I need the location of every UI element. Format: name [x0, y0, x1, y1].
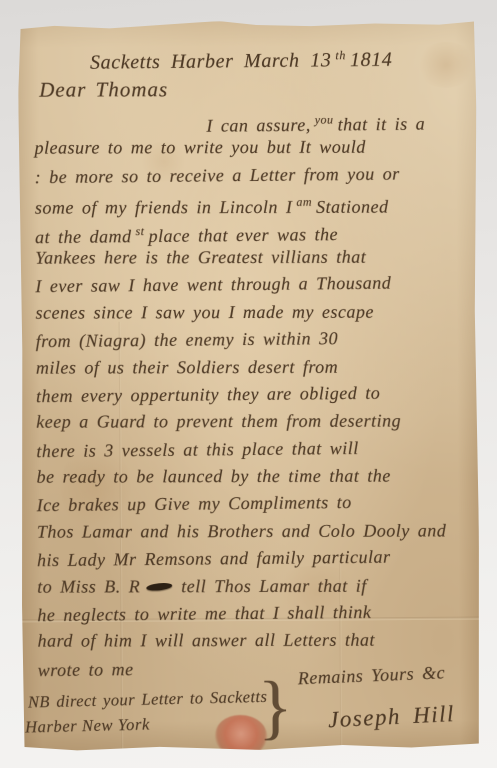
body-line: : be more so to receive a Letter from yo… — [35, 160, 461, 192]
body-line: at the damdstplace that ever was the — [35, 214, 461, 246]
body-line: keep a Guard to prevent them from desert… — [36, 408, 462, 437]
body-line: to Miss B. Rtell Thos Lamar that if — [37, 572, 463, 601]
body-line: Thos Lamar and his Brothers and Colo Doo… — [37, 517, 463, 546]
salutation: Dear Thomas — [39, 73, 460, 107]
body-line: wrote to me — [38, 653, 464, 685]
body-line: he neglects to write me that I shall thi… — [37, 598, 463, 630]
inserted-word: st — [135, 224, 144, 238]
body-line: I can assure,youthat it is a — [206, 105, 460, 135]
dateline-text: Sacketts Harber March 13 — [90, 49, 332, 73]
body-line: from (Niagra) the enemy is within 30 — [36, 324, 462, 356]
inserted-word: am — [296, 195, 312, 209]
ink-blot — [146, 582, 173, 592]
body-line: there is 3 vessels at this place that wi… — [36, 434, 462, 466]
letter-paper: Sacketts Harber March 13th1814 Dear Thom… — [18, 20, 480, 752]
body-line: hard of him I will answer all Letters th… — [38, 627, 464, 656]
body-line: them every oppertunity they are obliged … — [36, 379, 462, 411]
body-line: be ready to be launced by the time that … — [37, 462, 463, 491]
body-line: Yankees here is the Greatest villians th… — [35, 243, 461, 272]
inserted-word: you — [315, 112, 334, 126]
body-line: Ice brakes up Give my Compliments to — [37, 488, 463, 520]
body-line: some of my friends in Lincoln IamStation… — [35, 189, 461, 218]
body-line: scenes since I saw you I made my escape — [36, 298, 462, 327]
body-line: his Lady Mr Remsons and family particula… — [37, 543, 463, 575]
body-line: pleasure to me to write you but It would — [35, 134, 461, 163]
superscript-ordinal: th — [335, 48, 346, 62]
body-line: miles of us their Soldiers desert from — [36, 353, 462, 382]
photo-background: Sacketts Harber March 13th1814 Dear Thom… — [0, 0, 497, 768]
dateline: Sacketts Harber March 13th1814 — [90, 34, 460, 76]
body-line: I ever saw I have went through a Thousan… — [35, 269, 461, 301]
letter-text: Sacketts Harber March 13th1814 Dear Thom… — [18, 20, 480, 752]
